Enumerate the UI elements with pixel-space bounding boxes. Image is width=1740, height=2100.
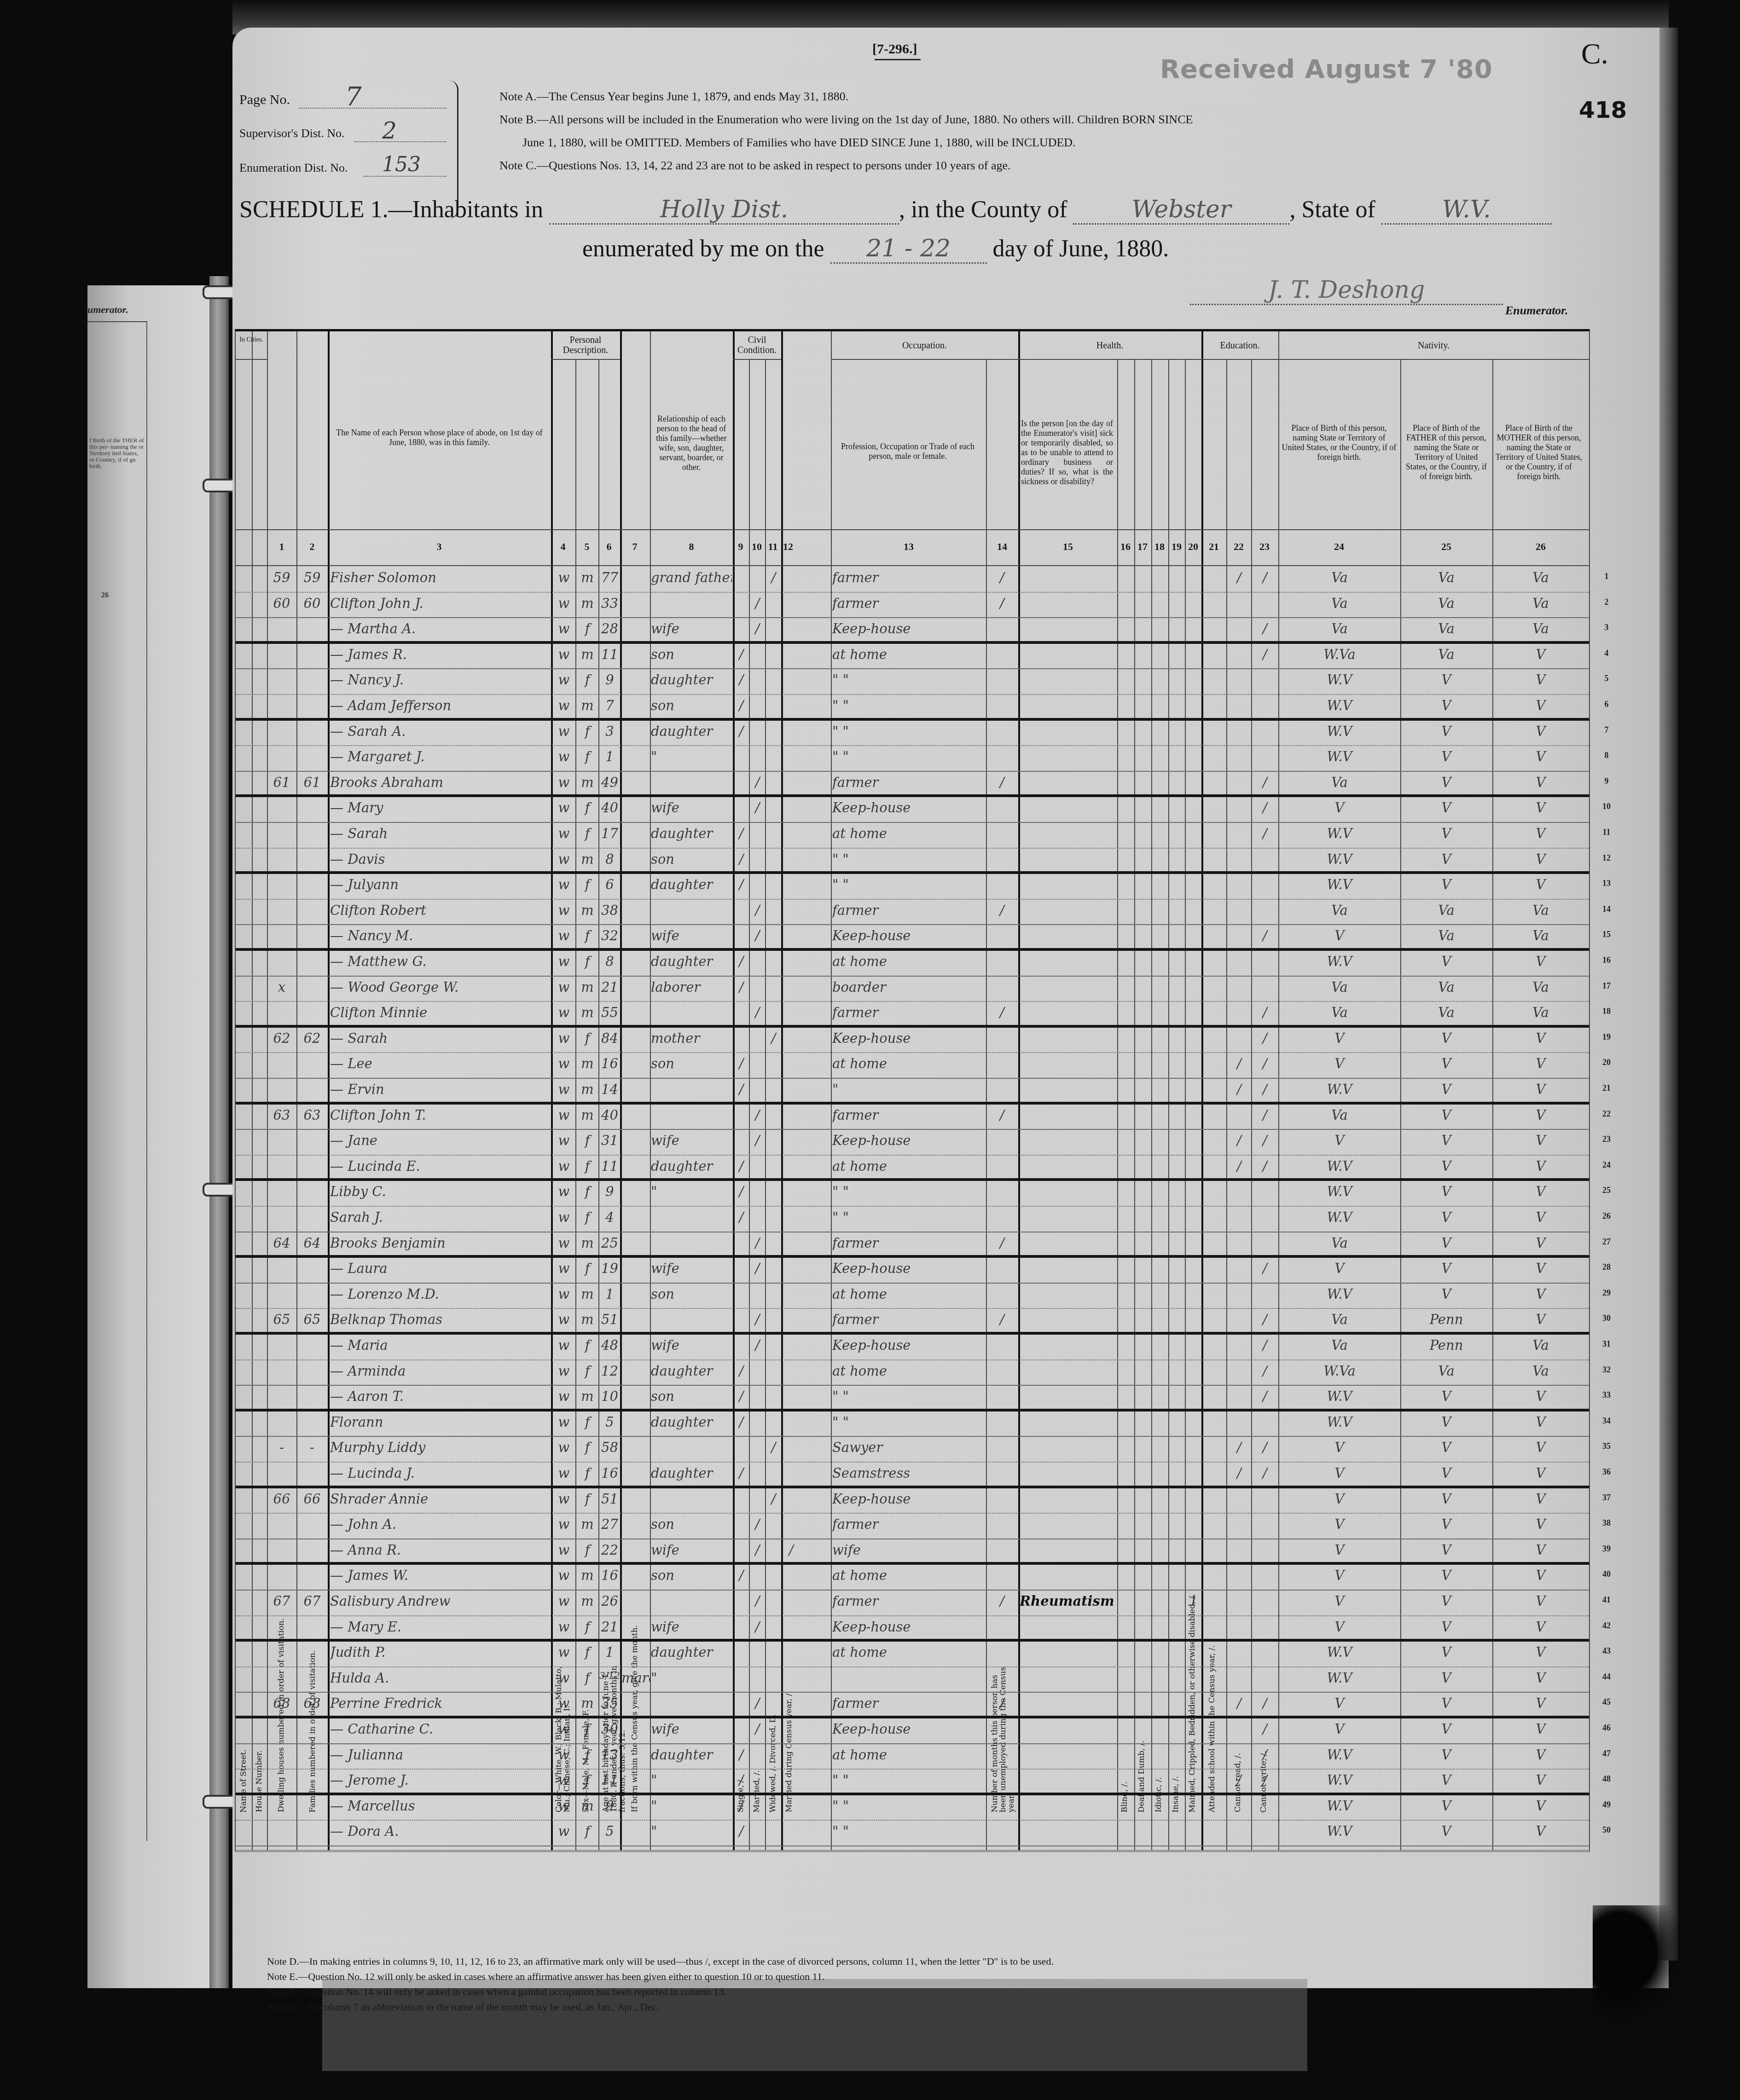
cell-name: — Sarah — [330, 826, 550, 846]
row-number: 44 — [1597, 1672, 1616, 1682]
cell-sex: f — [576, 877, 598, 897]
cell-rel — [651, 1695, 732, 1716]
table-row: Judith P.wf1daughterat homeW.VVV43 — [236, 1642, 1589, 1667]
cell-sex: f — [576, 1440, 598, 1460]
cell-age: 26 — [599, 1593, 620, 1614]
header-sickness: Is the person [on the day of the Enumera… — [1021, 419, 1113, 486]
cell-mother: V — [1493, 1082, 1588, 1102]
cell-name: — James R. — [330, 647, 550, 667]
cell-rel — [651, 596, 732, 616]
table-row: — Ervinwm14/"//W.VVV21 — [236, 1079, 1589, 1105]
cell-father: V — [1401, 1593, 1491, 1614]
cell-name: Perrine Fredrick — [330, 1695, 550, 1716]
cell-cannot-write: / — [1252, 1158, 1278, 1179]
cell-father: Penn — [1401, 1337, 1491, 1358]
cell-occ: Keep-house — [832, 928, 984, 948]
cell-occ: farmer — [832, 596, 984, 616]
cell-father: Va — [1401, 902, 1491, 923]
cell-mother: Va — [1493, 1363, 1588, 1383]
cell-sex: m — [576, 851, 598, 872]
cell-occ: " " — [832, 749, 984, 769]
cell-age: 51 — [599, 1491, 620, 1511]
cell-dwelling: 66 — [267, 1491, 296, 1511]
cell-birth: Va — [1280, 1107, 1399, 1128]
cell-father: V — [1401, 1286, 1491, 1307]
cell-single: / — [734, 1823, 749, 1844]
cell-name: Clifton Robert — [330, 902, 550, 923]
cell-age: 16 — [599, 1568, 620, 1588]
cell-name: — Aaron T. — [330, 1388, 550, 1409]
row-rule — [236, 1845, 1589, 1846]
row-number: 8 — [1597, 751, 1616, 760]
cell-mother: Va — [1493, 902, 1588, 923]
cell-mother: V — [1493, 1619, 1588, 1639]
cell-color: w — [552, 902, 575, 923]
cell-color: w — [552, 1414, 575, 1435]
cell-birth: V — [1280, 1695, 1399, 1716]
cell-father: V — [1401, 826, 1491, 846]
cell-mother: V — [1493, 1209, 1588, 1230]
cell-name: — Davis — [330, 851, 550, 872]
cell-occ: at home — [832, 1363, 984, 1383]
table-row: — Julyannwf6daughter/" "W.VVV13 — [236, 874, 1589, 900]
cell-age: 3 — [599, 723, 620, 744]
cell-cannot-write: / — [1252, 826, 1278, 846]
cell-sex: m — [576, 1388, 598, 1409]
cell-rel: wife — [651, 1542, 732, 1562]
cell-color: w — [552, 1516, 575, 1537]
group-rule — [1201, 359, 1278, 360]
cell-cannot-write: / — [1252, 1107, 1278, 1128]
cell-father: V — [1401, 1056, 1491, 1076]
table-row: — Anna R.wf22wife//wifeVVV39 — [236, 1539, 1589, 1565]
cell-month: mare — [621, 1670, 650, 1690]
state-label: , State of — [1289, 197, 1375, 223]
cell-color: w — [552, 1798, 575, 1818]
cell-birth: W.V — [1280, 1388, 1399, 1409]
cell-color: w — [552, 1388, 575, 1409]
cell-age: 84 — [599, 1030, 620, 1051]
page-corner-shadow — [1593, 1905, 1685, 2025]
cell-father: V — [1401, 800, 1491, 820]
cell-unemp: / — [987, 1695, 1017, 1716]
cell-unemp: / — [987, 570, 1017, 590]
cell-father: V — [1401, 1619, 1491, 1639]
cell-birth: W.V — [1280, 1772, 1399, 1793]
row-number: 4 — [1597, 648, 1616, 658]
cell-father: V — [1401, 1491, 1491, 1511]
cell-color: w — [552, 1695, 575, 1716]
row-number: 16 — [1597, 955, 1616, 965]
row-number: 29 — [1597, 1288, 1616, 1298]
cell-sex: m — [576, 902, 598, 923]
cell-father: Va — [1401, 1363, 1491, 1383]
cell-birth: Va — [1280, 570, 1399, 590]
row-number: 33 — [1597, 1390, 1616, 1400]
cell-married: / — [750, 1542, 765, 1562]
cell-mother: V — [1493, 1107, 1588, 1128]
cell-occ: " " — [832, 723, 984, 744]
cell-widowed: / — [766, 1440, 781, 1460]
cell-mother: V — [1493, 1261, 1588, 1281]
column-number: 26 — [1527, 541, 1554, 553]
cell-name: — Lee — [330, 1056, 550, 1076]
cell-rel: daughter — [651, 1158, 732, 1179]
cell-single: / — [734, 1798, 749, 1818]
cell-color: w — [552, 1056, 575, 1076]
cell-single: / — [734, 1388, 749, 1409]
cell-color: w — [552, 596, 575, 616]
cell-mother: V — [1493, 851, 1588, 872]
table-row: — Matthew G.wf8daughter/at homeW.VVV16 — [236, 951, 1589, 977]
cell-sex: f — [576, 1823, 598, 1844]
cell-father: V — [1401, 1107, 1491, 1128]
state-value: W.V. — [1381, 196, 1552, 225]
header-occupation: Profession, Occupation or Trade of each … — [834, 442, 981, 461]
cell-age: 14 — [599, 1082, 620, 1102]
cell-rel — [651, 1209, 732, 1230]
cell-rel: " — [651, 1184, 732, 1204]
cell-birth: W.V — [1280, 1158, 1399, 1179]
previous-page-sliver: umerator. f Birth of the THER of this pe… — [87, 285, 226, 1988]
cell-single: / — [734, 1363, 749, 1383]
cell-widowed: / — [766, 1491, 781, 1511]
cell-cannot-read: / — [1227, 1056, 1251, 1076]
cell-cannot-write: / — [1252, 1082, 1278, 1102]
cell-unemp: / — [987, 902, 1017, 923]
cell-mother: Va — [1493, 570, 1588, 590]
cell-age: 77 — [599, 570, 620, 590]
table-row: 6868Perrine Fredrickwm35/farmer///VVV45 — [236, 1693, 1589, 1718]
cell-single: / — [734, 826, 749, 846]
column-number: 15 — [1054, 541, 1082, 553]
note-c: Note C.—Questions Nos. 13, 14, 22 and 23… — [499, 159, 1011, 173]
table-row: Sarah J.wf4/" "W.VVV26 — [236, 1207, 1589, 1232]
cell-sex: f — [576, 1491, 598, 1511]
previous-page-column-number: 26 — [101, 591, 109, 600]
cell-father: V — [1401, 1747, 1491, 1767]
table-row: — Armindawf12daughter/at home/W.VaVaVa32 — [236, 1360, 1589, 1386]
cell-occ: " " — [832, 698, 984, 718]
cell-color: w — [552, 826, 575, 846]
row-number: 10 — [1597, 802, 1616, 811]
cell-cannot-write: / — [1252, 800, 1278, 820]
row-number: 24 — [1597, 1160, 1616, 1170]
row-number: 9 — [1597, 776, 1616, 786]
cell-occ: at home — [832, 954, 984, 974]
cell-birth: W.V — [1280, 851, 1399, 872]
cell-birth: V — [1280, 1465, 1399, 1486]
cell-name: — Jerome J. — [330, 1772, 550, 1793]
cell-unemp: / — [987, 775, 1017, 795]
cell-color: w — [552, 851, 575, 872]
cell-birth: V — [1280, 1568, 1399, 1588]
cell-rel: daughter — [651, 672, 732, 692]
cell-name: — Adam Jefferson — [330, 698, 550, 718]
binder-spine — [209, 276, 229, 1988]
column-number: 22 — [1225, 541, 1253, 553]
cell-birth: V — [1280, 1030, 1399, 1051]
row-number: 42 — [1597, 1621, 1616, 1631]
table-row: 6262— Sarahwf84mother/Keep-house/VVV19 — [236, 1028, 1589, 1053]
cell-name: — Matthew G. — [330, 954, 550, 974]
county-value: Webster — [1073, 196, 1289, 225]
cell-mother: V — [1493, 1798, 1588, 1818]
cell-father: V — [1401, 851, 1491, 872]
cell-sick — [1020, 570, 1116, 590]
cell-sex: f — [576, 1619, 598, 1639]
row-number: 27 — [1597, 1237, 1616, 1247]
cell-rel — [651, 1235, 732, 1255]
cell-age: 1 — [599, 1644, 620, 1665]
cell-name: Judith P. — [330, 1644, 550, 1665]
cell-mother: Va — [1493, 979, 1588, 1000]
cell-occ: at home — [832, 1747, 984, 1767]
census-table: In Cities. Personal Description. Civil C… — [235, 329, 1590, 1852]
cell-cannot-read: / — [1227, 1440, 1251, 1460]
cell-rel: daughter — [651, 1363, 732, 1383]
cell-father: V — [1401, 1542, 1491, 1562]
cell-birth: W.V — [1280, 1644, 1399, 1665]
enumeration-days: 21 - 22 — [830, 235, 987, 264]
row-number: 20 — [1597, 1058, 1616, 1067]
cell-age: 19 — [599, 1261, 620, 1281]
cell-occ: farmer — [832, 775, 984, 795]
table-row: — Mariawf48wife/Keep-house/VaPennVa31 — [236, 1335, 1589, 1360]
previous-page-enumerator-label: umerator. — [87, 304, 128, 316]
cell-color: w — [552, 621, 575, 641]
cell-name: — Jane — [330, 1133, 550, 1153]
cell-rel: " — [651, 1670, 732, 1690]
cell-sex: f — [576, 1158, 598, 1179]
cell-single: / — [734, 1209, 749, 1230]
cell-name: Salisbury Andrew — [330, 1593, 550, 1614]
cell-father: V — [1401, 1184, 1491, 1204]
cell-sex: f — [576, 1772, 598, 1793]
previous-page-table-edge — [87, 321, 147, 1841]
cell-family: 60 — [296, 596, 328, 616]
cell-birth: V — [1280, 1261, 1399, 1281]
cell-rel: daughter — [651, 1414, 732, 1435]
cell-father: V — [1401, 1209, 1491, 1230]
table-row: — Laurawf19wife/Keep-house/VVV28 — [236, 1258, 1589, 1284]
cell-sex: f — [576, 1670, 598, 1690]
column-number: 3 — [425, 541, 453, 553]
cell-occ: farmer — [832, 1593, 984, 1614]
cell-birth: V — [1280, 1542, 1399, 1562]
table-row: — Juliannawf13daughter/at home/W.VVV47 — [236, 1744, 1589, 1770]
row-number: 39 — [1597, 1544, 1616, 1554]
enumerated-suffix: day of June, 1880. — [993, 236, 1169, 262]
cell-color: w — [552, 775, 575, 795]
cell-father: V — [1401, 1695, 1491, 1716]
cell-birth: W.V — [1280, 749, 1399, 769]
cell-birth: W.V — [1280, 826, 1399, 846]
cell-color: w — [552, 1133, 575, 1153]
cell-color: w — [552, 1030, 575, 1051]
cell-father: V — [1401, 1644, 1491, 1665]
cell-age: 25 — [599, 1235, 620, 1255]
cell-father: V — [1401, 954, 1491, 974]
cell-cannot-write: / — [1252, 621, 1278, 641]
row-number: 26 — [1597, 1211, 1616, 1221]
cell-mother: V — [1493, 1465, 1588, 1486]
cell-birth: W.V — [1280, 1747, 1399, 1767]
cell-single: / — [734, 979, 749, 1000]
enumerator-signature: J. T. Deshong — [1190, 276, 1503, 305]
cell-rel: son — [651, 851, 732, 872]
cell-name: — Mary — [330, 800, 550, 820]
cell-sex: m — [576, 1107, 598, 1128]
cell-rel: son — [651, 1568, 732, 1588]
schedule-title: SCHEDULE 1.—Inhabitants in Holly Dist., … — [239, 196, 1552, 225]
enumeration-date-line: enumerated by me on the 21 - 22 day of J… — [582, 235, 1169, 264]
cell-father: V — [1401, 1082, 1491, 1102]
cell-single: / — [734, 1082, 749, 1102]
column-number: 7 — [621, 541, 649, 553]
cell-rel: mother — [651, 1030, 732, 1051]
cell-age: 58 — [599, 1440, 620, 1460]
cell-name: — James W. — [330, 1568, 550, 1588]
cell-single — [734, 1286, 749, 1307]
cell-rel: daughter — [651, 1747, 732, 1767]
cell-father: Va — [1401, 1005, 1491, 1025]
cell-birth: V — [1280, 1516, 1399, 1537]
cell-mother: V — [1493, 1184, 1588, 1204]
table-row: — Lucinda J.wf16daughter/Seamstress//VVV… — [236, 1463, 1589, 1488]
cell-father: V — [1401, 1133, 1491, 1153]
cell-cannot-write: / — [1252, 570, 1278, 590]
cell-cannot-read: / — [1227, 1158, 1251, 1179]
group-rule — [831, 359, 1018, 360]
cell-married: / — [750, 1695, 765, 1716]
row-number: 18 — [1597, 1007, 1616, 1016]
cell-married: / — [750, 1235, 765, 1255]
cell-married-census: / — [782, 1542, 800, 1562]
cell-birth: V — [1280, 1440, 1399, 1460]
cell-birth: W.Va — [1280, 647, 1399, 667]
table-row: 6464Brooks Benjaminwm25/farmer/VaVV27 — [236, 1232, 1589, 1258]
cell-occ: wife — [832, 1542, 984, 1562]
row-number: 38 — [1597, 1518, 1616, 1528]
header-mother-birthplace: Place of Birth of the MOTHER of this per… — [1495, 423, 1583, 481]
cell-mother: V — [1493, 1695, 1588, 1716]
cell-color: w — [552, 1261, 575, 1281]
table-row: — Aaron T.wm10son/" "/W.VVV33 — [236, 1386, 1589, 1412]
cell-father: Va — [1401, 596, 1491, 616]
table-row: Florannwf5daughter/" "W.VVV34 — [236, 1412, 1589, 1437]
table-row: — Sarahwf17daughter/at home/W.VVV11 — [236, 823, 1589, 849]
cell-birth: W.V — [1280, 954, 1399, 974]
row-number: 6 — [1597, 700, 1616, 709]
cell-color: w — [552, 1082, 575, 1102]
cell-married: / — [750, 1619, 765, 1639]
cell-color: w — [552, 1644, 575, 1665]
cell-cannot-write: / — [1252, 1261, 1278, 1281]
cell-sex: m — [576, 1312, 598, 1332]
cell-mother: V — [1493, 723, 1588, 744]
table-row: 6161Brooks Abrahamwm49/farmer//VaVV9 — [236, 772, 1589, 798]
cell-mother: V — [1493, 1388, 1588, 1409]
cell-married: / — [750, 1721, 765, 1741]
cell-occ: " " — [832, 1388, 984, 1409]
cell-occ: Keep-house — [832, 1030, 984, 1051]
cell-age: 5 — [599, 1823, 620, 1844]
cell-occ: Keep-house — [832, 1133, 984, 1153]
cell-age: 16 — [599, 1465, 620, 1486]
cell-occ: Keep-house — [832, 1619, 984, 1639]
cell-occ: at home — [832, 1158, 984, 1179]
row-number: 36 — [1597, 1467, 1616, 1477]
cell-rel: son — [651, 1388, 732, 1409]
cell-birth: W.V — [1280, 1670, 1399, 1690]
cell-unemp: / — [987, 1593, 1017, 1614]
cell-father: V — [1401, 1261, 1491, 1281]
row-number: 1 — [1597, 572, 1616, 581]
cell-age: 31 — [599, 1133, 620, 1153]
cell-cannot-write: / — [1252, 775, 1278, 795]
cell-color: w — [552, 1593, 575, 1614]
cell-occ: " " — [832, 1184, 984, 1204]
cell-single: / — [734, 1158, 749, 1179]
note-f: Note F.—Question No. 14 will only be ask… — [267, 1984, 1054, 1999]
cell-mother: V — [1493, 1721, 1588, 1741]
cell-name: — Ervin — [330, 1082, 550, 1102]
table-row: Clifton Robertwm38/farmer/VaVaVa14 — [236, 900, 1589, 926]
column-number: 23 — [1251, 541, 1278, 553]
cell-age: 1 — [599, 1286, 620, 1307]
cell-sex: m — [576, 1798, 598, 1818]
cell-color: w — [552, 1721, 575, 1741]
cell-color: w — [552, 1005, 575, 1025]
enumeration-dist-label: Enumeration Dist. No. — [239, 161, 348, 175]
previous-page-column-header: f Birth of the THER of this per- naming … — [89, 437, 145, 469]
cell-father: V — [1401, 1235, 1491, 1255]
group-in-cities: In Cities. — [236, 335, 267, 345]
cell-occ: farmer — [832, 570, 984, 590]
cell-married: / — [750, 1593, 765, 1614]
cell-married: / — [750, 596, 765, 616]
cell-mother: Va — [1493, 621, 1588, 641]
row-number: 28 — [1597, 1262, 1616, 1272]
cell-rel — [651, 1107, 732, 1128]
cell-mother: V — [1493, 749, 1588, 769]
row-number: 13 — [1597, 879, 1616, 888]
cell-mother: V — [1493, 1772, 1588, 1793]
cell-father: V — [1401, 1388, 1491, 1409]
cell-occ: " " — [832, 1823, 984, 1844]
enumerated-prefix: enumerated by me on the — [582, 236, 824, 262]
cell-father: V — [1401, 672, 1491, 692]
cell-age: 38 — [599, 902, 620, 923]
cell-sick: Rheumatism — [1020, 1593, 1116, 1614]
cell-rel — [651, 1082, 732, 1102]
cell-occ: farmer — [832, 1695, 984, 1716]
cell-color: w — [552, 1209, 575, 1230]
cell-age: 49 — [599, 775, 620, 795]
table-row: 6565Belknap Thomaswm51/farmer//VaPennV30 — [236, 1309, 1589, 1335]
cell-dwelling: 65 — [267, 1312, 296, 1332]
cell-age: 3/12 — [599, 1670, 620, 1690]
cell-sex: m — [576, 647, 598, 667]
row-number: 49 — [1597, 1800, 1616, 1810]
cell-occ: farmer — [832, 1107, 984, 1128]
cell-rel — [651, 775, 732, 795]
group-rule — [551, 359, 620, 360]
table-row: — Jerome J.wf11"/" "//W.VVV48 — [236, 1770, 1589, 1795]
cell-mother: V — [1493, 954, 1588, 974]
cell-name: — Lucinda J. — [330, 1465, 550, 1486]
